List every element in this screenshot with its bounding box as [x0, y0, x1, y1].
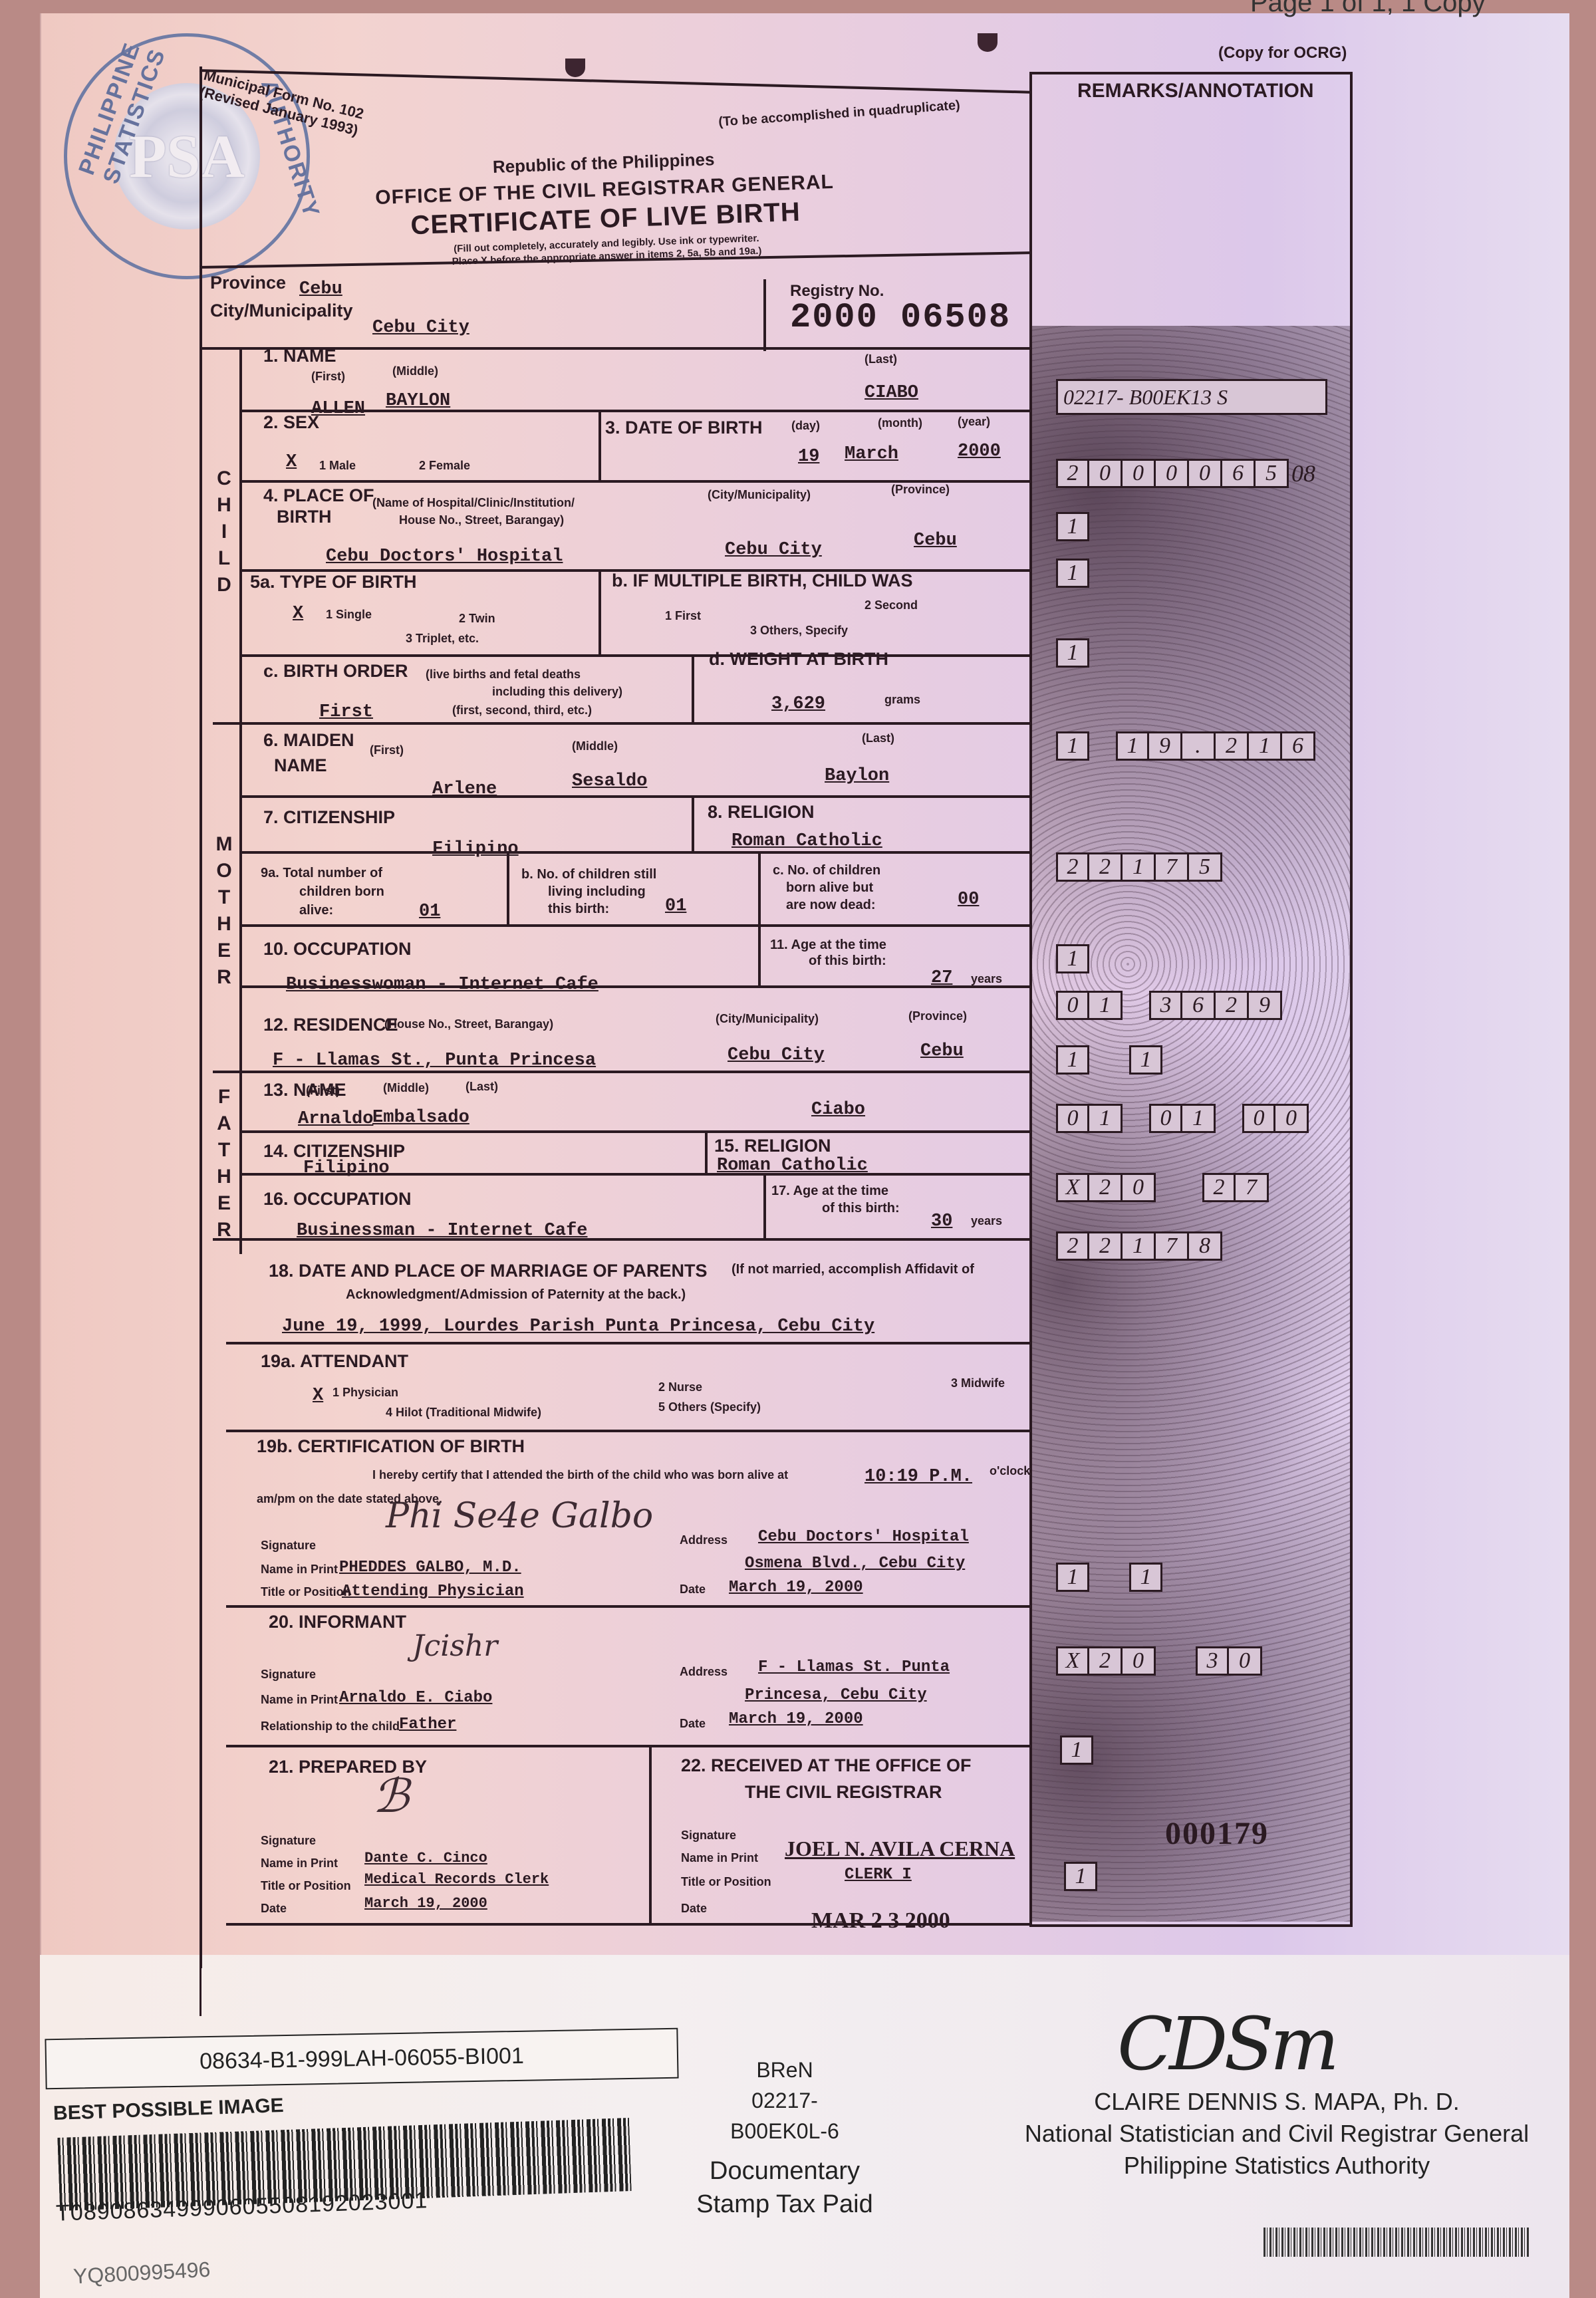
divider [758, 924, 761, 985]
divider [239, 654, 1031, 657]
registry-number: Registry No. 2000 06508 [790, 282, 1011, 335]
name-label: Name in Print [261, 1856, 338, 1870]
pob-city: Cebu City [725, 540, 822, 560]
divider [239, 924, 1031, 927]
occupation-code-boxes: X20 27 [1056, 1173, 1269, 1202]
bren-label: BReN [705, 2055, 864, 2085]
dead-children-label-3: are now dead: [786, 898, 875, 913]
attendant-physician-mark[interactable]: X [313, 1386, 323, 1406]
father-occupation-code-boxes: X20 30 [1056, 1646, 1262, 1676]
total-children-label-1: 9a. Total number of [261, 866, 382, 881]
father-age-label-2: of this birth: [822, 1201, 900, 1216]
mother-age-unit: years [971, 972, 1002, 986]
divider [598, 569, 601, 656]
received-label-2: THE CIVIL REGISTRAR [745, 1782, 942, 1803]
birth-type-twin: 2 Twin [459, 612, 495, 626]
stamp-tax-block: Documentary Stamp Tax Paid [692, 2154, 878, 2221]
remarks-code: 02217- B00EK13 S [1056, 379, 1327, 415]
total-children-label-2: children born [299, 884, 384, 900]
pob-code-boxes: 22175 [1056, 852, 1222, 882]
child-last-name: CIABO [864, 383, 918, 403]
name-label: Name in Print [261, 1693, 338, 1707]
divider [239, 410, 1031, 412]
birth-type-label: 5a. TYPE OF BIRTH [250, 572, 417, 592]
informant-name: Arnaldo E. Ciabo [339, 1689, 492, 1707]
bren-value: 02217-B00EK0L-6 [705, 2085, 864, 2146]
birth-order-note-1: (live births and fetal deaths [426, 668, 581, 682]
citizenship-code-boxes: 11 [1056, 1045, 1162, 1075]
physician-address-1: Cebu Doctors' Hospital [758, 1528, 969, 1546]
attendant-physician: 1 Physician [332, 1386, 398, 1400]
mother-religion-label: 8. RELIGION [708, 802, 815, 823]
code-row: 1 [1056, 512, 1089, 541]
preparer-signature: ℬ [372, 1769, 409, 1823]
registrar-title: CLERK I [845, 1866, 912, 1884]
divider [213, 1238, 1031, 1241]
father-religion-label: 15. RELIGION [714, 1136, 831, 1156]
birth-order-note-3: (first, second, third, etc.) [452, 703, 592, 717]
registrar-name: JOEL N. AVILA CERNA [785, 1837, 1015, 1861]
official-title-1: National Statistician and Civil Registra… [984, 2120, 1569, 2148]
divider [763, 279, 766, 351]
child-name-label: 1. NAME [263, 346, 336, 366]
city-value: Cebu City [372, 318, 469, 338]
weight-value: 3,629 [771, 694, 825, 714]
mother-occupation: Businesswoman - Internet Cafe [286, 975, 598, 995]
divider [758, 851, 761, 926]
pob-province: Cebu [914, 531, 957, 551]
multiple-first: 1 First [665, 609, 701, 623]
divider [239, 1173, 1031, 1176]
copy-for-label: (Copy for OCRG) [1218, 44, 1347, 63]
mother-name-label-1: 6. MAIDEN [263, 730, 354, 751]
total-children-label-3: alive: [299, 903, 333, 918]
informant-address-1: F - Llamas St. Punta [758, 1658, 950, 1676]
first-header: (First) [306, 1084, 340, 1098]
residence-city-header: (City/Municipality) [716, 1012, 819, 1026]
father-age-unit: years [971, 1214, 1002, 1228]
received-date-stamp: MAR 2 3 2000 [811, 1908, 950, 1934]
informant-relationship: Father [399, 1716, 456, 1733]
last-header: (Last) [864, 352, 897, 366]
mother-citizenship-label: 7. CITIZENSHIP [263, 807, 395, 828]
official-name: CLAIRE DENNIS S. MAPA, Ph. D. [984, 2088, 1569, 2116]
mother-middle-name: Sesaldo [572, 771, 647, 791]
divider [239, 347, 242, 1254]
stamp-tax-line-1: Documentary [692, 2154, 878, 2188]
registry-code-boxes: 2000065 08 [1056, 459, 1315, 488]
certification-oclock: o'clock [990, 1464, 1030, 1478]
divider [649, 1745, 652, 1924]
divider [598, 410, 601, 481]
certification-text-1: I hereby certify that I attended the bir… [372, 1468, 788, 1482]
pob-province-header: (Province) [891, 483, 950, 497]
birth-type-single: 1 Single [326, 608, 372, 622]
weight-code-boxes: 01 3629 [1056, 991, 1282, 1020]
divider [239, 795, 1031, 798]
residence-street: F - Llamas St., Punta Princesa [273, 1051, 596, 1071]
residence-province: Cebu [920, 1041, 964, 1061]
middle-header: (Middle) [572, 739, 618, 753]
day-header: (day) [791, 419, 820, 433]
received-label-1: 22. RECEIVED AT THE OFFICE OF [681, 1755, 972, 1776]
punch-mark-icon [978, 33, 997, 52]
code-row: 1 [1056, 944, 1089, 973]
last-header: (Last) [862, 731, 894, 745]
residence-city: Cebu City [728, 1045, 825, 1065]
birth-order-value: First [319, 702, 373, 722]
weight-label: d. WEIGHT AT BIRTH [709, 649, 888, 670]
dob-year: 2000 [958, 442, 1001, 461]
title-label: Title or Position [261, 1585, 351, 1599]
first-header: (First) [370, 743, 404, 757]
divider [199, 1923, 201, 2016]
side-label-father: FATHER [214, 1084, 234, 1243]
living-children-label-1: b. No. of children still [521, 867, 656, 882]
divider [226, 1923, 1031, 1926]
signature-label: Signature [261, 1668, 316, 1682]
father-age-label-1: 17. Age at the time [771, 1184, 888, 1199]
marriage-label: 18. DATE AND PLACE OF MARRIAGE OF PARENT… [269, 1261, 708, 1281]
preparer-title: Medical Records Clerk [364, 1871, 549, 1888]
informant-label: 20. INFORMANT [269, 1612, 406, 1632]
attendant-code-box: 1 [1060, 1735, 1093, 1765]
divider [705, 1130, 708, 1174]
living-children-value: 01 [665, 896, 686, 916]
dead-children-value: 00 [958, 890, 979, 910]
mother-name-label-2: NAME [274, 755, 327, 776]
marriage-note-2: Acknowledgment/Admission of Paternity at… [346, 1287, 686, 1303]
mother-occupation-label: 10. OCCUPATION [263, 939, 412, 959]
side-label-mother: MOTHER [214, 831, 234, 991]
marriage-note-1: (If not married, accomplish Affidavit of [731, 1262, 974, 1277]
father-age-value: 30 [931, 1212, 952, 1231]
birth-order-note-2: including this delivery) [492, 685, 622, 699]
dob-day: 19 [798, 447, 819, 467]
official-block: CLAIRE DENNIS S. MAPA, Ph. D. National S… [984, 2088, 1569, 2180]
preparer-date: March 19, 2000 [364, 1895, 487, 1912]
informant-date: March 19, 2000 [729, 1710, 863, 1728]
relationship-label: Relationship to the child [261, 1720, 400, 1733]
dob-label: 3. DATE OF BIRTH [605, 418, 763, 438]
mother-age-label-1: 11. Age at the time [770, 938, 886, 953]
small-barcode-icon [1263, 2228, 1529, 2257]
marriage-value: June 19, 1999, Lourdes Parish Punta Prin… [282, 1317, 874, 1337]
last-header: (Last) [465, 1080, 498, 1094]
divider [213, 722, 1031, 725]
pob-label-2: BIRTH [277, 507, 332, 527]
middle-header: (Middle) [383, 1081, 429, 1095]
weight-unit: grams [884, 693, 920, 707]
official-signature: CDSm [1117, 2001, 1335, 2087]
dead-children-label-1: c. No. of children [773, 863, 880, 878]
physician-signature: Phi Se4e Galbo [386, 1496, 653, 1536]
date-label: Date [261, 1902, 287, 1916]
date-label: Date [680, 1717, 706, 1731]
divider [763, 1173, 766, 1238]
divider [226, 1430, 1031, 1432]
physician-title: Attending Physician [342, 1583, 524, 1600]
divider [692, 795, 694, 852]
child-middle-name: BAYLON [386, 391, 450, 411]
informant-address-2: Princesa, Cebu City [745, 1686, 927, 1704]
divider [213, 1071, 1031, 1073]
pob-header-1: (Name of Hospital/Clinic/Institution/ [372, 496, 575, 510]
residence-province-header: (Province) [908, 1009, 967, 1023]
certificate-header: Republic of the Philippines OFFICE OF TH… [370, 145, 839, 271]
code-row: 1 [1056, 638, 1089, 668]
total-children-value: 01 [419, 902, 440, 922]
divider [239, 851, 1031, 854]
preparer-name: Dante C. Cinco [364, 1850, 487, 1866]
date-label: Date [681, 1902, 707, 1916]
child-first-name: ALLEN [311, 399, 365, 419]
pob-header-2: House No., Street, Barangay) [399, 513, 564, 527]
date-label: Date [680, 1583, 706, 1596]
mother-citizenship: Filipino [432, 839, 519, 859]
address-label: Address [680, 1665, 728, 1679]
dob-month: March [845, 444, 898, 464]
divider [692, 654, 694, 725]
attendant-others: 5 Others (Specify) [658, 1400, 761, 1414]
mother-last-name: Baylon [825, 766, 889, 786]
father-first-name: Arnaldo [298, 1109, 373, 1129]
pob-label-1: 4. PLACE OF [263, 485, 374, 506]
sex-male-mark[interactable]: X [286, 452, 297, 472]
attendant-hilot: 4 Hilot (Traditional Midwife) [386, 1406, 541, 1420]
title-label: Title or Position [261, 1879, 351, 1893]
divider [226, 1342, 1031, 1344]
residence-header: (House No., Street, Barangay) [384, 1017, 553, 1031]
sex-label: 2. SEX [263, 412, 319, 433]
remarks-title: REMARKS/ANNOTATION [1077, 80, 1314, 102]
middle-header: (Middle) [392, 364, 438, 378]
physician-address-2: Osmena Blvd., Cebu City [745, 1555, 965, 1573]
registry-value: 2000 06508 [790, 301, 1011, 335]
residence-code-boxes: 22178 [1056, 1231, 1222, 1261]
dead-children-label-2: born alive but [786, 880, 873, 896]
divider [226, 1605, 1031, 1608]
pob-city-header: (City/Municipality) [708, 488, 811, 502]
province-value: Cebu [299, 279, 342, 299]
multiple-second: 2 Second [864, 598, 918, 612]
dob-code-boxes: 1 19.216 [1056, 731, 1315, 761]
father-last-name: Ciabo [811, 1100, 865, 1120]
residence-label: 12. RESIDENCE [263, 1015, 398, 1035]
sex-male-option: 1 Male [319, 459, 356, 473]
physician-name: PHEDDES GALBO, M.D. [339, 1559, 521, 1577]
year-header: (year) [958, 415, 990, 429]
mother-religion: Roman Catholic [731, 831, 882, 851]
certification-time: 10:19 P.M. [864, 1467, 972, 1487]
birth-order-label: c. BIRTH ORDER [263, 661, 408, 682]
divider [507, 851, 509, 926]
father-middle-name: Embalsado [372, 1108, 469, 1128]
first-header: (First) [311, 370, 345, 384]
official-title-2: Philippine Statistics Authority [984, 2152, 1569, 2180]
title-label: Title or Position [681, 1875, 771, 1889]
code-row: 1 [1056, 559, 1089, 588]
informant-signature: Jcishr [412, 1629, 497, 1663]
certification-label: 19b. CERTIFICATION OF BIRTH [257, 1436, 525, 1457]
multiple-others: 3 Others, Specify [750, 624, 848, 638]
birth-type-triplet: 3 Triplet, etc. [406, 632, 479, 646]
attendant-label: 19a. ATTENDANT [261, 1351, 408, 1372]
father-occupation-label: 16. OCCUPATION [263, 1189, 412, 1210]
signature-label: Signature [261, 1834, 316, 1848]
divider [226, 1745, 1031, 1747]
attendant-nurse: 2 Nurse [658, 1380, 702, 1394]
last-code-box: 1 [1064, 1862, 1097, 1891]
city-label: City/Municipality [210, 301, 353, 321]
signature-label: Signature [681, 1829, 736, 1843]
pob-place: Cebu Doctors' Hospital [326, 547, 563, 567]
living-children-label-2: living including [548, 884, 646, 900]
father-code-boxes: 11 [1056, 1563, 1162, 1592]
divider [239, 985, 1031, 988]
bren-block: BReN 02217-B00EK0L-6 [705, 2055, 864, 2146]
sex-female-option: 2 Female [419, 459, 470, 473]
mother-age-label-2: of this birth: [809, 954, 886, 969]
physician-date: March 19, 2000 [729, 1579, 863, 1596]
children-code-boxes: 01 01 00 [1056, 1104, 1309, 1133]
birth-type-single-mark[interactable]: X [293, 604, 303, 624]
month-header: (month) [878, 416, 922, 430]
province-label: Province [210, 273, 286, 293]
page-indicator: Page 1 of 1, 1 Copy [1250, 0, 1486, 18]
stamp-number: 000179 [1165, 1815, 1269, 1852]
multiple-birth-label: b. IF MULTIPLE BIRTH, CHILD WAS [612, 571, 912, 591]
divider [239, 1130, 1031, 1133]
signature-label: Signature [261, 1539, 316, 1553]
living-children-label-3: this birth: [548, 902, 609, 917]
name-label: Name in Print [261, 1563, 338, 1577]
name-label: Name in Print [681, 1851, 758, 1865]
stamp-tax-line-2: Stamp Tax Paid [692, 2188, 878, 2221]
side-label-child: CHILD [214, 465, 234, 598]
attendant-midwife: 3 Midwife [951, 1376, 1005, 1390]
address-label: Address [680, 1533, 728, 1547]
